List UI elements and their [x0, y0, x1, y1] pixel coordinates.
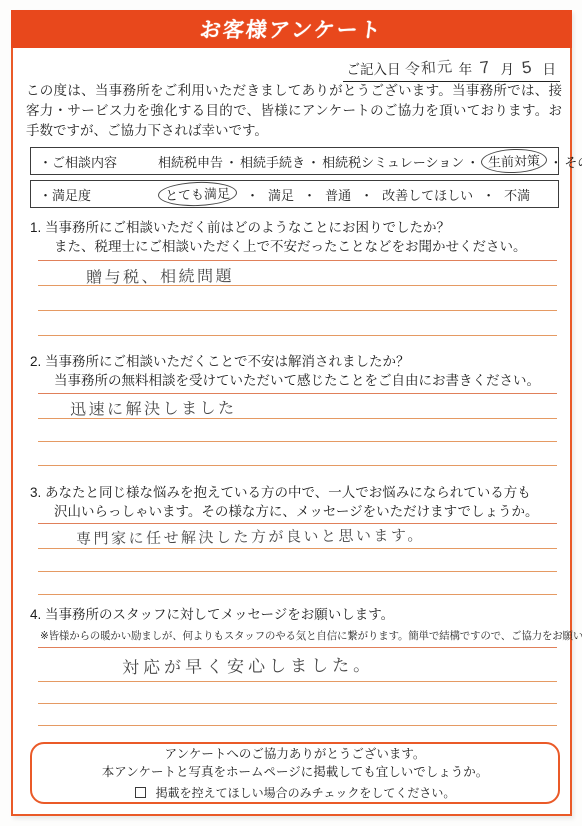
option-separator: ・	[246, 185, 259, 204]
footer-thanks: アンケートへのご協力ありがとうございます。	[165, 746, 426, 762]
question-4-note: ※皆様からの暖かい励ましが、何よりもスタッフのやる気と自信に繋がります。簡単で結…	[30, 628, 559, 643]
decline-publication-label: 掲載を控えてほしい場合のみチェックをしてください。	[156, 784, 456, 801]
option-item: 不満	[504, 185, 530, 204]
footer-publish-question: 本アンケートと写真をホームページに掲載しても宜しいでしょうか。	[102, 764, 489, 780]
question-2: 2. 当事務所にご相談いただくことで不安は解消されましたか？ 当事務所の無料相談…	[30, 352, 559, 474]
option-item: 相続税申告	[158, 152, 223, 171]
month-suffix: 月	[501, 58, 515, 78]
day-suffix: 日	[543, 58, 557, 78]
handwritten-day: 5	[521, 57, 534, 78]
handwritten-answer-4: 対応が早く安心しました。	[122, 651, 374, 679]
consultation-type-options: 相続税申告・相続手続き・相続税シミュレーション・生前対策・その他	[158, 149, 582, 173]
answer-line	[38, 523, 557, 524]
answer-line	[38, 310, 557, 311]
question-4: 4. 当事務所のスタッフに対してメッセージをお願いします。 ※皆様からの暖かい励…	[30, 605, 559, 729]
decline-publication-row: 掲載を控えてほしい場合のみチェックをしてください。	[135, 784, 456, 801]
question-3-number: 3.	[30, 485, 41, 500]
option-separator: ・	[482, 185, 495, 204]
question-1-text: 1. 当事務所にご相談いただく前はどのようなことにお困りでしたか？ また、税理士…	[30, 218, 559, 256]
question-4-number: 4.	[30, 607, 41, 622]
option-separator: ・	[360, 185, 373, 204]
date-label: ご記入日	[347, 58, 401, 78]
question-1: 1. 当事務所にご相談いただく前はどのようなことにお困りでしたか？ また、税理士…	[30, 218, 559, 346]
question-2-number: 2.	[30, 354, 41, 369]
option-separator: ・	[303, 185, 316, 204]
answer-line	[38, 393, 557, 394]
consultation-type-row: ・ご相談内容 相続税申告・相続手続き・相続税シミュレーション・生前対策・その他	[30, 147, 559, 175]
form-title: お客様アンケート	[199, 14, 385, 44]
answer-line	[38, 335, 557, 336]
option-selected-circle: 生前対策	[481, 148, 548, 174]
option-item: 改善してほしい	[382, 185, 473, 204]
handwritten-era: 令和元	[404, 55, 453, 79]
form-body: ご記入日 令和元 年 7 月 5 日 この度は、当事務所をご利用いただきましてあ…	[11, 48, 572, 816]
answer-line	[38, 725, 557, 726]
satisfaction-options: とても満足・満足・普通・改善してほしい・不満	[158, 182, 530, 206]
answer-line	[38, 441, 557, 442]
year-suffix: 年	[459, 58, 473, 78]
intro-paragraph: この度は、当事務所をご利用いただきましてありがとうございます。当事務所では、接客…	[26, 81, 562, 141]
survey-form-page: お客様アンケート ご記入日 令和元 年 7 月 5 日 この度は、当事務所をご利…	[11, 10, 572, 816]
option-separator: ・	[466, 152, 479, 171]
answer-line	[38, 594, 557, 595]
answer-line	[38, 703, 557, 704]
answer-line	[38, 418, 557, 419]
fill-date-line: ご記入日 令和元 年 7 月 5 日	[343, 57, 560, 82]
form-header: お客様アンケート	[11, 10, 572, 48]
answer-line	[38, 681, 557, 682]
option-item: 普通	[325, 185, 351, 204]
option-separator: ・	[549, 152, 562, 171]
option-item: 満足	[268, 185, 294, 204]
option-item: 相続税シミュレーション	[322, 152, 464, 171]
answer-line	[38, 285, 557, 286]
satisfaction-label: ・満足度	[31, 185, 158, 204]
handwritten-month: 7	[479, 57, 492, 78]
footer-notice-box: アンケートへのご協力ありがとうございます。 本アンケートと写真をホームページに掲…	[30, 742, 560, 804]
question-4-text: 4. 当事務所のスタッフに対してメッセージをお願いします。	[30, 605, 559, 624]
answer-line	[38, 647, 557, 648]
consultation-type-label: ・ご相談内容	[31, 152, 158, 171]
answer-line	[38, 548, 557, 549]
answer-line	[38, 260, 557, 261]
question-2-text: 2. 当事務所にご相談いただくことで不安は解消されましたか？ 当事務所の無料相談…	[30, 352, 559, 390]
answer-line	[38, 465, 557, 466]
option-selected-circle: とても満足	[158, 181, 238, 208]
satisfaction-row: ・満足度 とても満足・満足・普通・改善してほしい・不満	[30, 180, 559, 208]
option-item: その他	[564, 152, 582, 171]
handwritten-answer-3: 専門家に任せ解決した方が良いと思います。	[76, 524, 425, 549]
answer-line	[38, 571, 557, 572]
question-1-number: 1.	[30, 220, 41, 235]
question-3-text: 3. あなたと同じ様な悩みを抱えている方の中で、一人でお悩みになられている方も …	[30, 483, 559, 521]
handwritten-answer-2: 迅速に解決しました	[70, 395, 237, 420]
option-item: 相続手続き	[240, 152, 305, 171]
option-separator: ・	[225, 152, 238, 171]
decline-publication-checkbox	[135, 787, 146, 798]
question-3: 3. あなたと同じ様な悩みを抱えている方の中で、一人でお悩みになられている方も …	[30, 483, 559, 598]
option-separator: ・	[307, 152, 320, 171]
